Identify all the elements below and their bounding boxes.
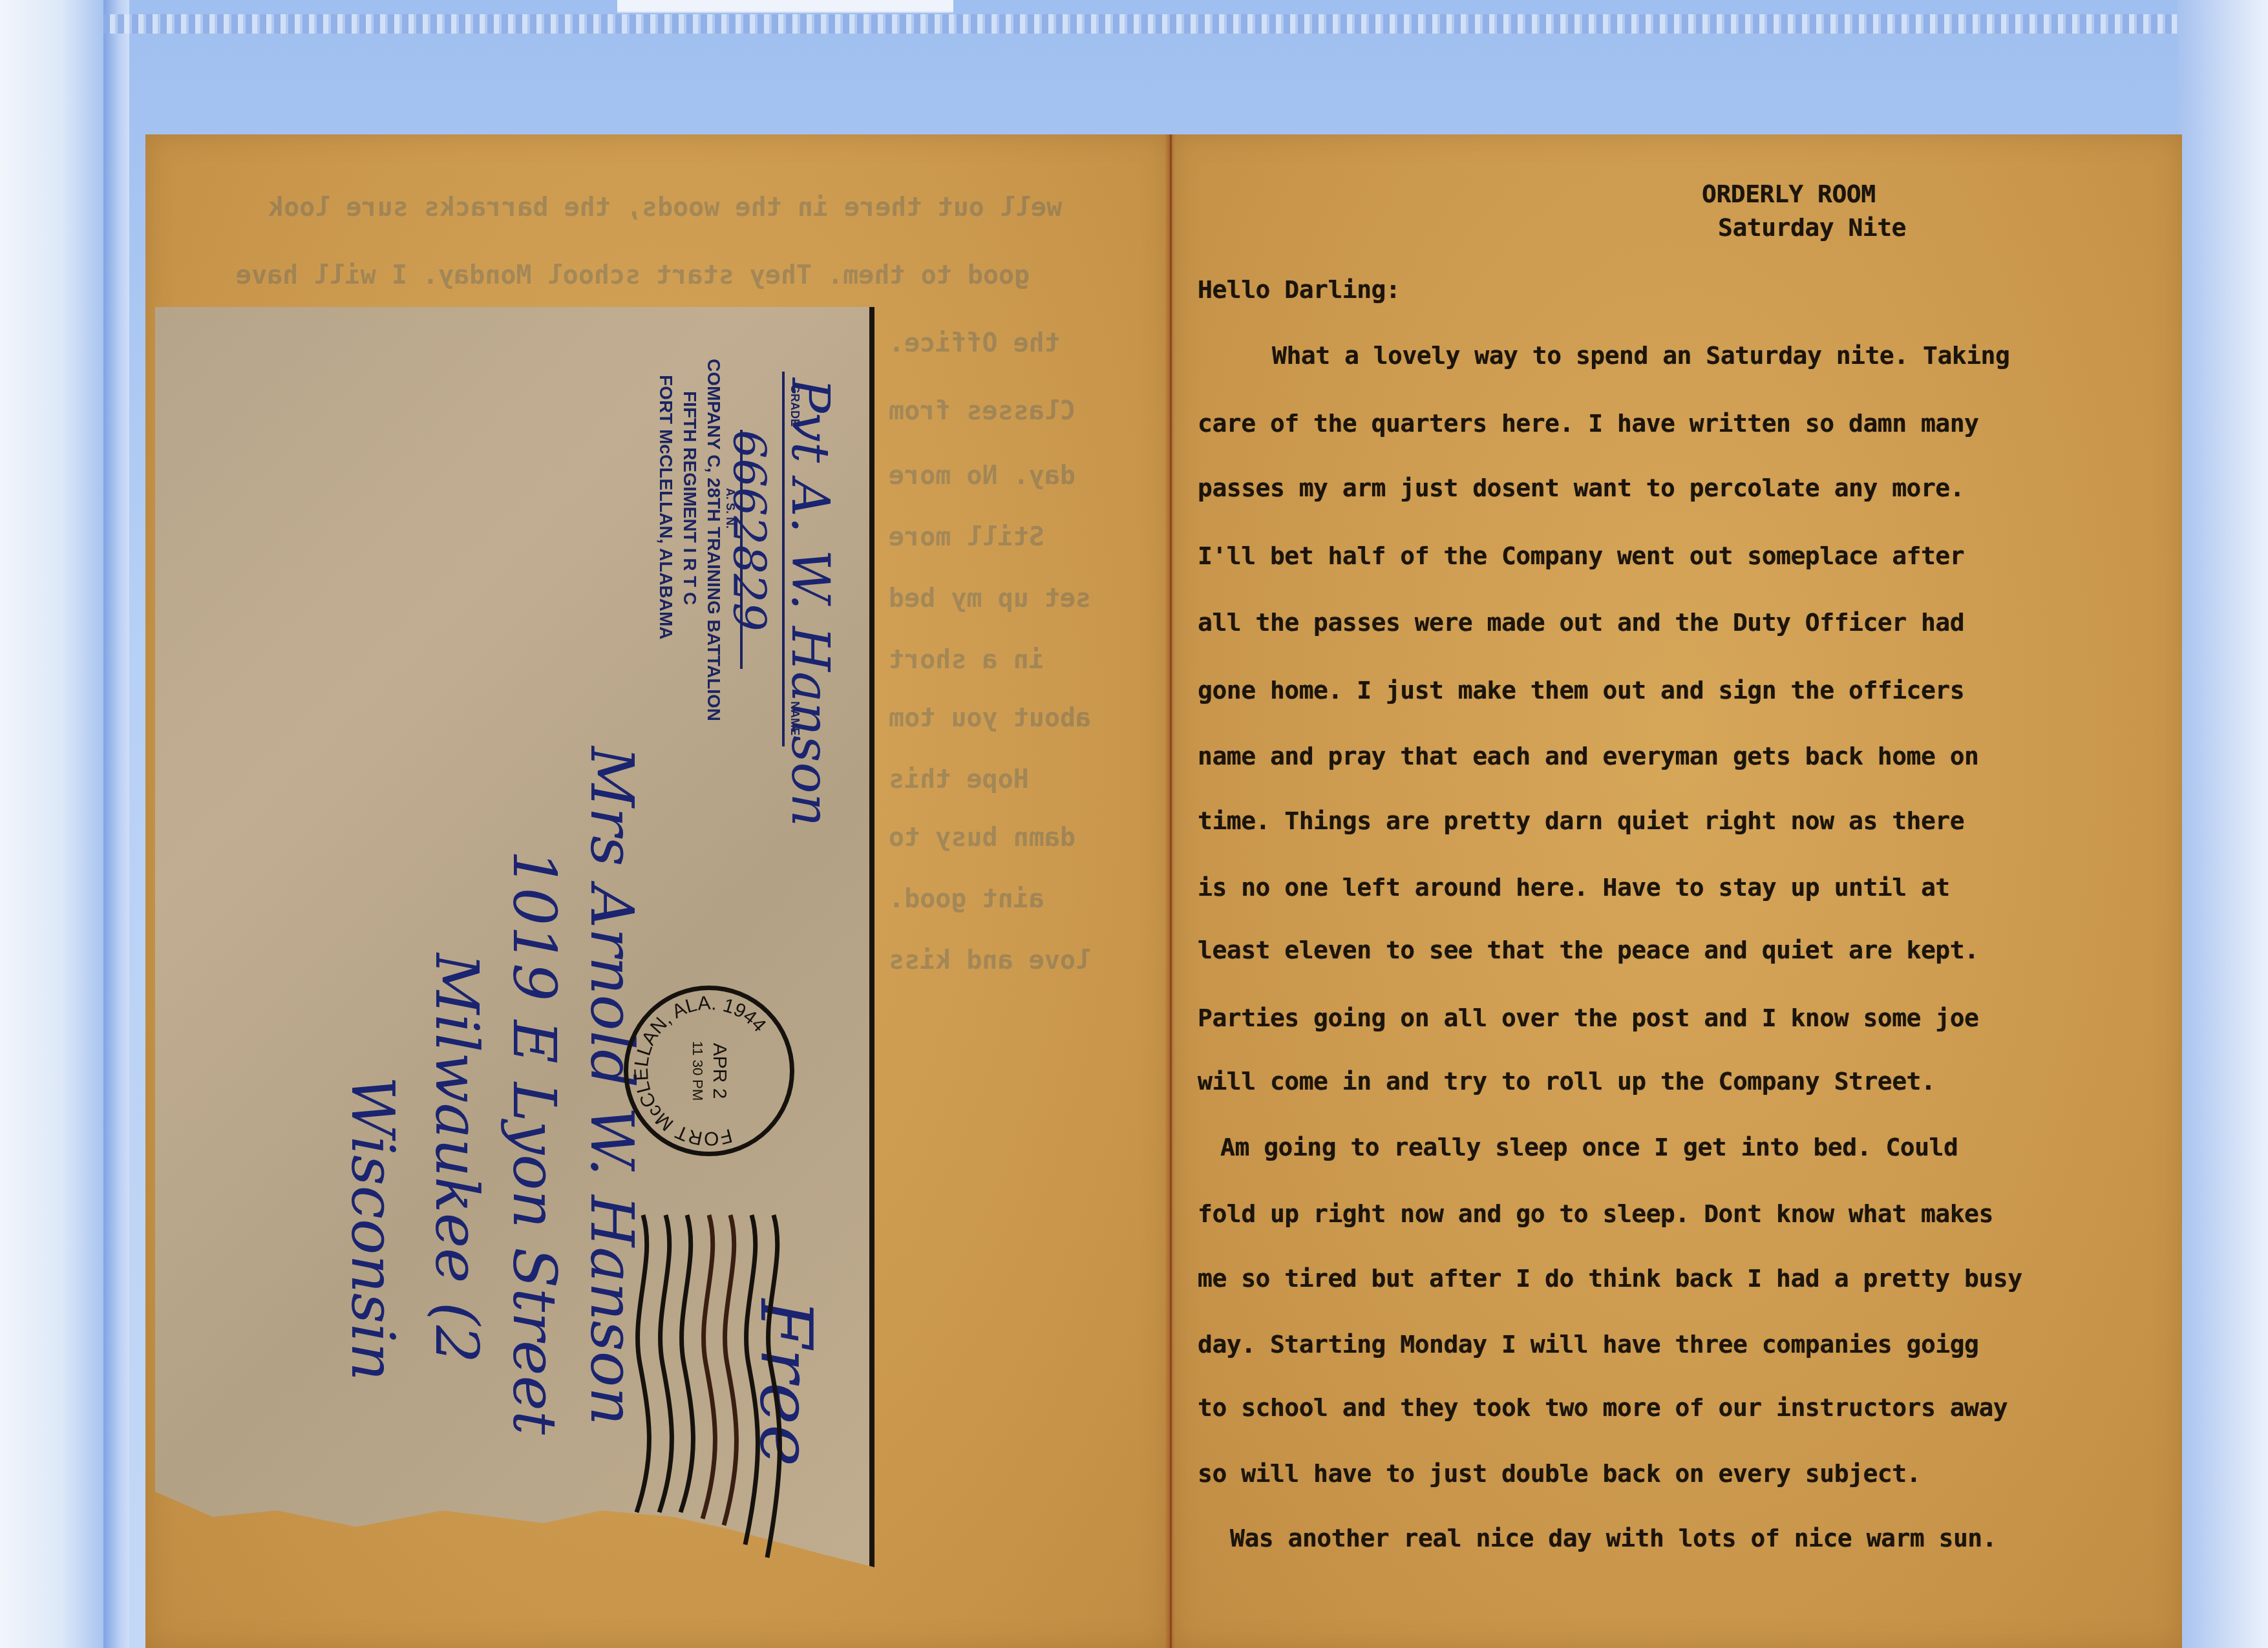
letter-salutation: Hello Darling: (1198, 275, 1400, 304)
asn-underline (740, 430, 743, 669)
postmark-stamp: FORT McCLELLAN, ALA. 1944 APR 2 11 30 PM (624, 986, 794, 1156)
postmark-icon: FORT McCLELLAN, ALA. 1944 APR 2 11 30 PM (628, 990, 790, 1152)
recipient-line: 1019 E Lyon Street (500, 850, 569, 1435)
bleed-line: well out there in the woods, the barrack… (268, 193, 1062, 222)
bleed-line: love and kiss (889, 945, 1091, 975)
unit-line: COMPANY C, 28TH TRAINING BATTALION (703, 359, 724, 721)
letter-header-date: Saturday Nite (1718, 213, 1906, 242)
letter-line: is no one left around here. Have to stay… (1198, 873, 1950, 902)
bleed-line: damn busy to (889, 823, 1076, 852)
postmark-date: APR 2 (709, 1043, 730, 1099)
cancellation-wavy-lines (630, 1209, 798, 1573)
letter-line: fold up right now and go to sleep. Dont … (1198, 1199, 1993, 1228)
bleed-line: set up my bed (889, 584, 1091, 613)
recipient-line: Milwaukee (2 (422, 953, 491, 1363)
letter-line: Parties going on all over the post and I… (1198, 1004, 1978, 1032)
sleeve-left-edge (0, 0, 103, 1648)
letter-line: Am going to really sleep once I get into… (1220, 1133, 1958, 1161)
letter-line: Was another real nice day with lots of n… (1230, 1524, 1997, 1552)
sleeve-right-edge (2178, 0, 2268, 1648)
letter-line: I'll bet half of the Company went out so… (1198, 542, 1964, 570)
bleed-line: about you tom (889, 703, 1091, 733)
letter-line: gone home. I just make them out and sign… (1198, 676, 1964, 704)
asn-handwritten: 6662829 (723, 430, 776, 631)
sleeve-perforation-strip (103, 14, 2262, 34)
letter-right-page: ORDERLY ROOM Saturday Nite Hello Darling… (1170, 134, 2182, 1648)
letter-line: least eleven to see that the peace and q… (1198, 936, 1978, 964)
grade-label: GRADE (788, 385, 801, 427)
wavy-lines-icon (630, 1209, 798, 1570)
letter-line: will come in and try to roll up the Comp… (1198, 1067, 1935, 1095)
bleed-line: aint good. (889, 884, 1044, 914)
unit-line: FIFTH REGIMENT I R T C (679, 391, 700, 605)
postmark-ring-text: FORT McCLELLAN, ALA. 1944 (628, 990, 790, 1152)
page-fold-crease (1165, 134, 1175, 1648)
letter-line: care of the quarters here. I have writte… (1198, 409, 1978, 438)
letter-header-orderly-room: ORDERLY ROOM (1702, 180, 1876, 208)
letter-line: so will have to just double back on ever… (1198, 1459, 1921, 1488)
asn-label: A. S. N. (723, 488, 737, 529)
bleed-line: Hope this (889, 765, 1029, 794)
bleed-line: Classes from (889, 396, 1076, 426)
unit-line: FORT McCLELLAN, ALABAMA (655, 375, 676, 640)
letter-line: name and pray that each and everyman get… (1198, 742, 1978, 770)
letter-line: day. Starting Monday I will have three c… (1198, 1330, 1978, 1358)
bleed-line: day. No more (889, 461, 1076, 491)
postmark-time: 11 30 PM (690, 1041, 706, 1101)
bleed-line: the Office. (889, 328, 1060, 358)
bleed-line: good to them. They start school Monday. … (236, 260, 1030, 290)
name-label: NAME (788, 701, 801, 735)
bleed-line: Still more (889, 522, 1044, 552)
letter-line: to school and they took two more of our … (1198, 1393, 2008, 1422)
bleed-line: in a short (889, 645, 1044, 675)
letter-line: passes my arm just dosent want to percol… (1198, 474, 1964, 502)
sleeve-binder-rail (103, 0, 129, 1648)
letter-line: What a lovely way to spend an Saturday n… (1272, 341, 2009, 370)
letter-line: me so tired but after I do think back I … (1198, 1264, 2022, 1293)
letter-line: time. Things are pretty darn quiet right… (1198, 807, 1964, 835)
svg-text:FORT McCLELLAN, ALA. 1944: FORT McCLELLAN, ALA. 1944 (628, 990, 790, 1152)
sleeve-tab (617, 0, 953, 13)
name-underline (782, 372, 785, 746)
letter-line: all the passes were made out and the Dut… (1198, 608, 1964, 637)
sender-name-handwritten: Pvt A. W. Hanson (780, 378, 840, 827)
recipient-line: Wisconsin (338, 1076, 407, 1381)
